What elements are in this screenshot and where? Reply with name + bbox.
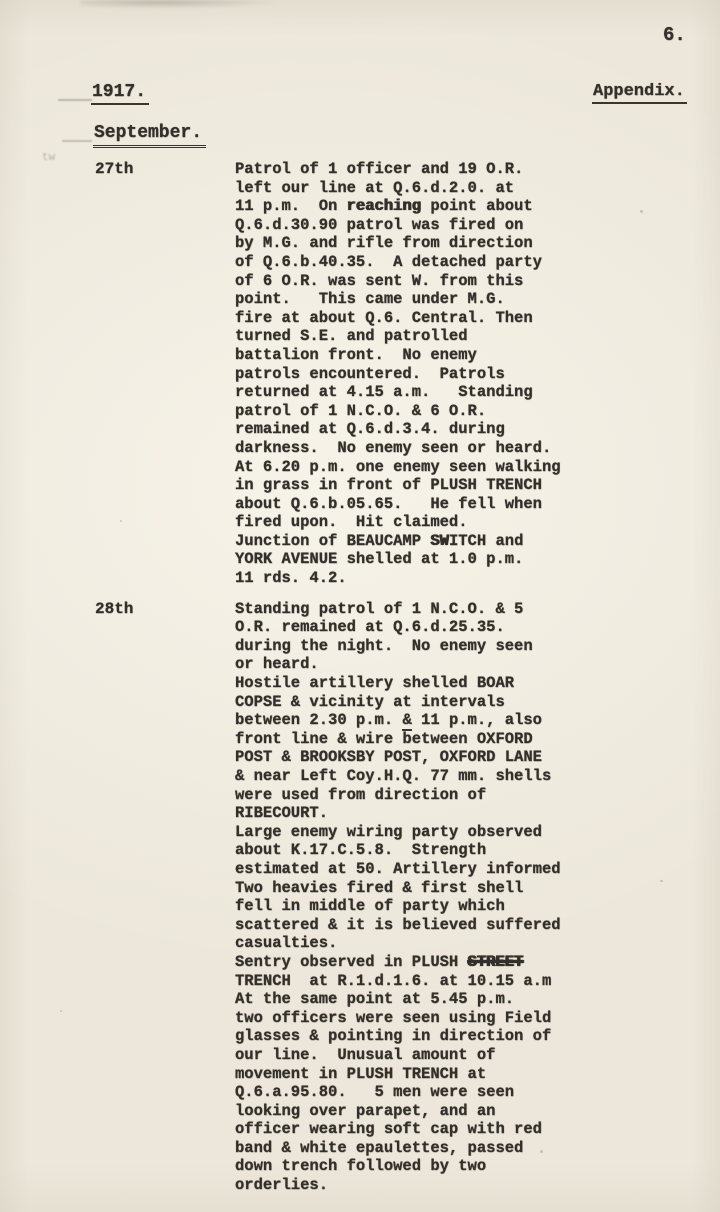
- entry-line: in grass in front of PLUSH TRENCH: [235, 476, 685, 495]
- entry-line: during the night. No enemy seen: [235, 637, 685, 656]
- entry-line: two officers were seen using Field: [235, 1009, 685, 1028]
- entry-line: O.R. remained at Q.6.d.25.35.: [235, 618, 685, 637]
- entry-line: movement in PLUSH TRENCH at: [235, 1065, 685, 1084]
- entry-line: At the same point at 5.45 p.m.: [235, 990, 685, 1009]
- entry-line: YORK AVENUE shelled at 1.0 p.m.: [235, 550, 685, 569]
- entry-line: casualties.: [235, 934, 685, 953]
- entry-line: COPSE & vicinity at intervals: [235, 693, 685, 712]
- entry-line: between 2.30 p.m. & 11 p.m., also: [235, 711, 685, 730]
- entry-line: officer wearing soft cap with red: [235, 1120, 685, 1139]
- entry-line: glasses & pointing in direction of: [235, 1027, 685, 1046]
- entry-line: POST & BROOKSBY POST, OXFORD LANE: [235, 748, 685, 767]
- entry-date: 27th: [95, 160, 235, 179]
- entry-line: down trench followed by two: [235, 1157, 685, 1176]
- entry-line: band & white epaulettes, passed: [235, 1139, 685, 1158]
- entry-line: were used from direction of: [235, 786, 685, 805]
- entry-line: RIBECOURT.: [235, 804, 685, 823]
- overtyped-text: SW: [430, 532, 449, 550]
- overtyped-text: reaching: [347, 197, 421, 215]
- entry-line: of 6 O.R. was sent W. from this: [235, 272, 685, 291]
- entry-line: fire at about Q.6. Central. Then: [235, 309, 685, 328]
- entry-line: Junction of BEAUCAMP SWITCH and: [235, 532, 685, 551]
- pencil-dash: [58, 99, 92, 101]
- month-heading: September.: [93, 123, 206, 148]
- scan-smudge: [80, 0, 280, 9]
- year-heading: 1917.: [91, 82, 149, 105]
- entry-line: Hostile artillery shelled BOAR: [235, 674, 685, 693]
- entry-line: Q.6.a.95.80. 5 men were seen: [235, 1083, 685, 1102]
- entry-line: fell in middle of party which: [235, 897, 685, 916]
- entry-line: our line. Unusual amount of: [235, 1046, 685, 1065]
- entry-line: TRENCH at R.1.d.1.6. at 10.15 a.m: [235, 972, 685, 991]
- entry-line: about Q.6.b.05.65. He fell when: [235, 495, 685, 514]
- diary-entry: 27thPatrol of 1 officer and 19 O.R.left …: [95, 160, 685, 588]
- entry-line: At 6.20 p.m. one enemy seen walking: [235, 458, 685, 477]
- entry-date: 28th: [95, 600, 235, 619]
- entry-line: Two heavies fired & first shell: [235, 879, 685, 898]
- entry-line: patrol of 1 N.C.O. & 6 O.R.: [235, 402, 685, 421]
- entry-line: & near Left Coy.H.Q. 77 mm. shells: [235, 767, 685, 786]
- page-number: 6.: [663, 24, 686, 46]
- scanned-diary-page: tw 6. 1917. Appendix. September. 27thPat…: [0, 0, 720, 1212]
- entry-text: Standing patrol of 1 N.C.O. & 5O.R. rema…: [235, 600, 685, 1195]
- entry-line: 11 rds. 4.2.: [235, 569, 685, 588]
- entry-line: fired upon. Hit claimed.: [235, 513, 685, 532]
- entry-line: battalion front. No enemy: [235, 346, 685, 365]
- entry-line: Large enemy wiring party observed: [235, 823, 685, 842]
- pencil-dash: [62, 140, 92, 142]
- entry-line: Standing patrol of 1 N.C.O. & 5: [235, 600, 685, 619]
- entry-line: by M.G. and rifle from direction: [235, 234, 685, 253]
- entry-line: looking over parapet, and an: [235, 1102, 685, 1121]
- entry-line: turned S.E. and patrolled: [235, 327, 685, 346]
- entry-line: Patrol of 1 officer and 19 O.R.: [235, 160, 685, 179]
- entry-line: scattered & it is believed suffered: [235, 916, 685, 935]
- diary-entries: 27thPatrol of 1 officer and 19 O.R.left …: [95, 160, 685, 1195]
- entry-line: remained at Q.6.d.3.4. during: [235, 420, 685, 439]
- entry-line: orderlies.: [235, 1176, 685, 1195]
- entry-line: estimated at 50. Artillery informed: [235, 860, 685, 879]
- entry-line: Q.6.d.30.90 patrol was fired on: [235, 216, 685, 235]
- pencil-mark: tw: [42, 152, 76, 166]
- entry-line: darkness. No enemy seen or heard.: [235, 439, 685, 458]
- diary-entry: 28thStanding patrol of 1 N.C.O. & 5O.R. …: [95, 600, 685, 1195]
- paper-speckle: [60, 1010, 62, 1012]
- struck-out-text: STREET: [468, 953, 524, 971]
- entry-line: 11 p.m. On reaching point about: [235, 197, 685, 216]
- entry-line: front line & wire between OXFORD: [235, 730, 685, 749]
- underlined-text: &: [402, 711, 411, 731]
- entry-line: about K.17.C.5.8. Strength: [235, 841, 685, 860]
- entry-line: of Q.6.b.40.35. A detached party: [235, 253, 685, 272]
- entry-text: Patrol of 1 officer and 19 O.R.left our …: [235, 160, 685, 588]
- entry-line: patrols encountered. Patrols: [235, 365, 685, 384]
- entry-line: Sentry observed in PLUSH STREET: [235, 953, 685, 972]
- appendix-heading: Appendix.: [592, 82, 687, 104]
- entry-line: point. This came under M.G.: [235, 290, 685, 309]
- entry-line: returned at 4.15 a.m. Standing: [235, 383, 685, 402]
- entry-line: or heard.: [235, 655, 685, 674]
- entry-line: left our line at Q.6.d.2.0. at: [235, 179, 685, 198]
